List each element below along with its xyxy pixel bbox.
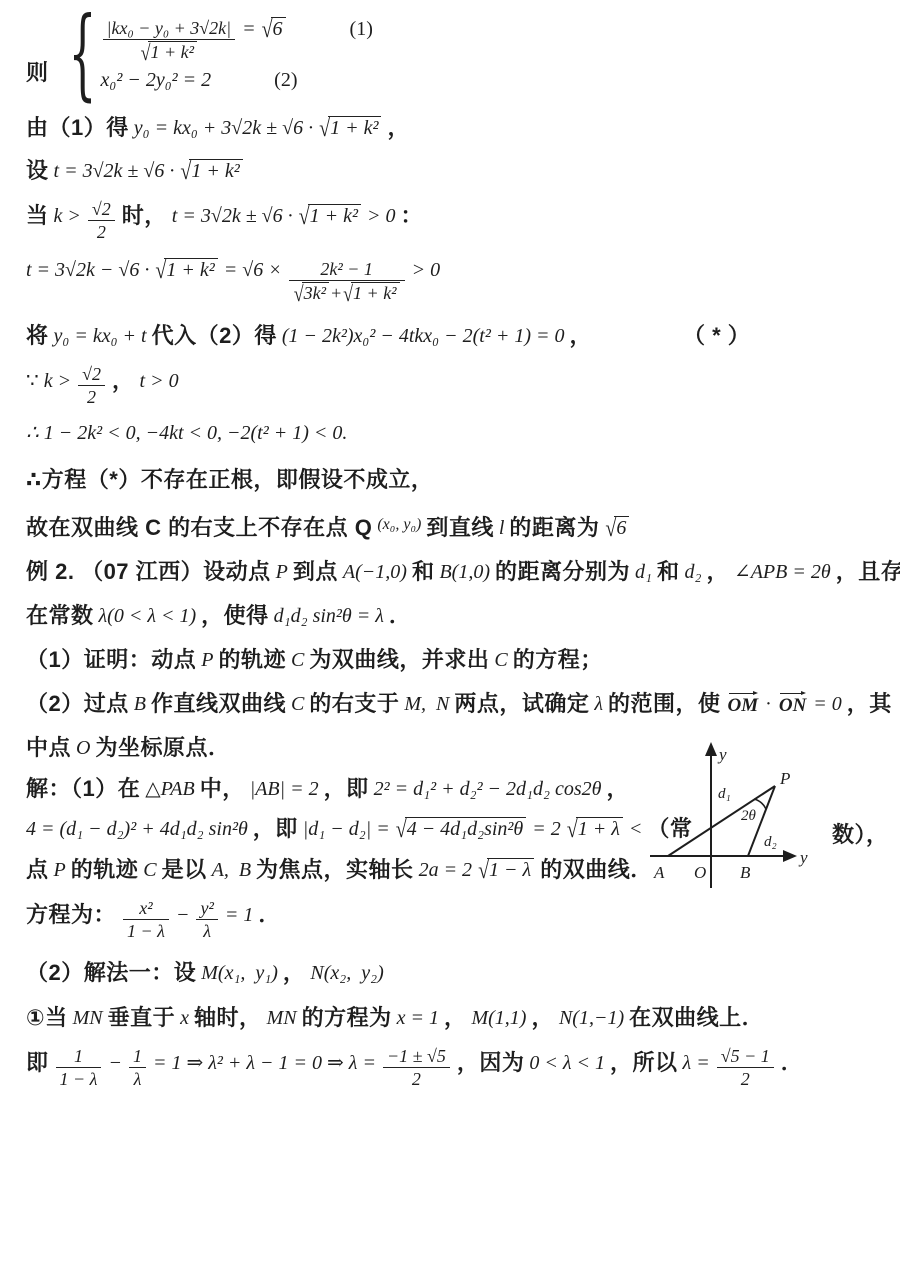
zh-text: 的右支于 [309,687,399,718]
axis-label-right: y [798,848,808,867]
zh-text: ， [283,956,306,987]
math-text: |d₁ − d₂| = [303,818,390,841]
fraction: y² λ [196,898,217,941]
label-d2: d₂ [764,834,777,850]
math-text: C [143,859,156,882]
zh-text: 为坐标原点． [95,731,230,762]
fraction: x² 1 − λ [123,898,169,941]
zh-text: 中， [200,772,245,803]
math-text: P [276,561,288,584]
math-text: = [242,18,256,41]
math-text: λ(0 < λ < 1) [99,605,197,628]
fraction: 1 λ [129,1046,146,1089]
text-line: 4 = (d₁ − d₂)² + 4d₁d₂ sin²θ ，即 |d₁ − d₂… [26,812,876,843]
zh-text: 的距离分别为 [495,555,630,586]
fraction: −1 ± √5 2 [383,1046,450,1089]
math-text: > 0 [367,205,396,228]
radical: 6 [605,516,629,540]
math-text: k > [54,205,81,228]
text-line: 由（1）得 y₀ = kx₀ + 3√2k ± √6 · 1 + k² ， [26,111,876,142]
math-text: d₂ [684,561,701,584]
example-2-heading: 例 2. （07 江西）设动点 P 到点 A(−1,0) 和 B(1,0) 的距… [26,555,876,586]
math-text: ∠APB = 2θ [734,559,831,584]
zh-text: ： [401,199,424,230]
math-text: > 0 [412,259,441,282]
zh-text: 作直线双曲线 [151,687,286,718]
system-brace: { [69,6,97,105]
zh-text: （2）解法一：设 [26,956,196,987]
math-text: l [499,517,505,540]
zh-text: ，其 [847,687,892,718]
radical: 1 + k² [319,116,381,140]
system-lead-text: 则 [26,56,49,87]
math-text: B [134,693,146,716]
zh-text: 在常数 [26,599,94,630]
text-line: ∴ 1 − 2k² < 0, −4kt < 0, −2(t² + 1) < 0. [26,421,876,446]
zh-text: ∴方程（*）不存在正根，即假设不成立， [26,463,433,494]
math-text: = √6 × [224,259,282,282]
zh-text: ， [570,319,593,350]
radical: 1 + k² [180,159,242,183]
zh-text: ，即 [253,812,298,843]
zh-text: 的范围，使 [608,687,721,718]
math-text: O [76,737,90,760]
point-label-P: P [779,769,790,788]
math-text: t > 0 [140,370,179,393]
denominator: 2 [383,1068,450,1089]
zh-text: ，因为 [457,1046,525,1077]
because-symbol: ∵ [26,368,39,393]
math-text: y₀ = kx₀ + 3√2k ± √6 · [134,117,313,140]
zh-text: ， [444,1001,467,1032]
numerator: 1 [129,1046,146,1068]
text-line: （1）证明：动点 P 的轨迹 C 为双曲线，并求出 C 的方程； [26,643,876,674]
math-text: < [629,818,643,841]
radicand: 1 + k² [328,116,381,140]
zh-text: ①当 [26,1001,68,1032]
denominator: 1 − λ [56,1068,102,1089]
zh-text: 的轨迹 [218,643,286,674]
equation-tag-2: (2) [274,69,297,92]
zh-text: ，所以 [610,1046,678,1077]
zh-text: 到直线 [426,511,494,542]
equation-system: 则 { |kx₀ − y₀ + 3√2k| 1 + k² = 6 (1) x₀²… [26,18,876,93]
radicand: 4 − 4d₁d₂sin²θ [405,817,527,841]
zh-text: 轴时， [194,1001,262,1032]
zh-text: ， [706,555,729,586]
zh-text: 由（1）得 [26,111,129,142]
fraction: |kx₀ − y₀ + 3√2k| 1 + k² [103,18,236,62]
zh-text: ． [781,1046,804,1077]
radicand: 1 + k² [351,282,400,303]
zh-text: 是以 [162,853,207,884]
zh-text: 方程为： [26,898,116,929]
numerator: x² [123,898,169,920]
label-angle-2theta: 2θ [741,808,757,824]
math-text: 2a = 2 [419,859,473,882]
numerator: √2 [78,364,105,386]
zh-text: 设 [26,154,49,185]
document-page: 则 { |kx₀ − y₀ + 3√2k| 1 + k² = 6 (1) x₀²… [0,0,900,1272]
math-text: 2² = d₁² + d₂² − 2d₁d₂ cos2θ [374,778,602,801]
text-line: 故在双曲线 C 的右支上不存在点 Q (x₀, y₀) 到直线 l 的距离为 6 [26,511,876,542]
zh-text: 时， [122,199,167,230]
numerator: |kx₀ − y₀ + 3√2k| [103,18,236,40]
math-text: C [494,649,507,672]
math-text: 0 < λ < 1 [529,1052,605,1075]
system-rows: |kx₀ − y₀ + 3√2k| 1 + k² = 6 (1) x₀² − 2… [101,18,373,93]
denominator: 2 [717,1068,774,1089]
zh-text: 到点 [293,555,338,586]
numerator: 2k² − 1 [289,259,405,281]
text-line: （2）解法一：设 M(x₁, y₁) ， N(x₂, y₂) [26,956,876,987]
radicand: 3k² [302,282,329,303]
math-text: + [330,283,342,303]
zh-text: 当 [26,199,49,230]
point-label-O: O [694,863,706,882]
zh-text: ， [112,364,135,395]
math-text: = 0 [813,693,842,716]
point-label-A: A [653,863,665,882]
text-line: 即 1 1 − λ − 1 λ = 1 ⇒ λ² + λ − 1 = 0 ⇒ λ… [26,1046,876,1089]
figure-triangle-diagram: y y A O B P d₁ 2θ d₂ [644,740,896,908]
denominator: 2 [88,221,115,242]
zh-text: 将 [26,319,49,350]
fraction: 1 1 − λ [56,1046,102,1089]
zh-text: 的距离为 [509,511,599,542]
math-text: λ [594,693,603,716]
star-tag: （ * ） [683,319,750,350]
math-text: MN [267,1007,297,1030]
math-text: t = 3√2k − √6 · [26,259,149,282]
numerator: −1 ± √5 [383,1046,450,1068]
vector-ON: ON [779,695,806,717]
math-text: − [176,904,190,927]
system-equation-1: |kx₀ − y₀ + 3√2k| 1 + k² = 6 (1) [101,18,373,62]
zh-text: 在双曲线上． [629,1001,764,1032]
radical: 3k² [294,282,329,303]
fraction: 2k² − 1 3k²+1 + k² [289,259,405,303]
math-text: x₀² − 2y₀² = 2 [101,69,212,92]
zh-text: （1）证明：动点 [26,643,196,674]
math-text: λ = [683,1052,710,1075]
text-line: ∵ k > √2 2 ， t > 0 [26,364,876,407]
text-line: ∴方程（*）不存在正根，即假设不成立， [26,463,876,494]
text-line: （2）过点 B 作直线双曲线 C 的右支于 M, N 两点，试确定 λ 的范围，… [26,687,876,718]
math-text: x [180,1007,189,1030]
text-line: 将 y₀ = kx₀ + t 代入（2）得 (1 − 2k²)x₀² − 4tk… [26,319,876,350]
zh-text: 的方程； [513,643,603,674]
math-text: t = 3√2k ± √6 · [54,160,175,183]
zh-text: 的双曲线． [540,853,653,884]
zh-text: 故在双曲线 C 的右支上不存在点 Q [26,511,372,542]
triangle-diagram-svg: y y A O B P d₁ 2θ d₂ [644,740,896,908]
fraction: √2 2 [88,199,115,242]
math-text: x = 1 [397,1007,439,1030]
radicand: 1 + k² [308,204,361,228]
text-line: 设 t = 3√2k ± √6 · 1 + k² [26,154,876,185]
radicand: 1 + k² [164,258,217,282]
denominator: 1 − λ [123,920,169,941]
math-text: N(x₂, y₂) [310,962,383,985]
math-text: (x₀, y₀) [377,516,421,534]
zh-text: 垂直于 [108,1001,176,1032]
radical: 4 − 4d₁d₂sin²θ [396,817,527,841]
math-text: t = 3√2k ± √6 · [172,205,293,228]
math-text: d₁d₂ sin²θ = λ [274,605,384,628]
zh-text: 中点 [26,731,71,762]
zh-text: 和 [412,555,435,586]
math-text: y₀ = kx₀ + t [54,325,147,348]
math-text: C [291,693,304,716]
math-text: MN [73,1007,103,1030]
text-line: 在常数 λ(0 < λ < 1) ，使得 d₁d₂ sin²θ = λ ． [26,599,876,630]
radicand: 6 [614,516,629,540]
radical: 1 + k² [155,258,217,282]
math-text: 4 = (d₁ − d₂)² + 4d₁d₂ sin²θ [26,818,248,841]
math-text: − [108,1052,122,1075]
zh-text: 为焦点，实轴长 [256,853,414,884]
math-text: d₁ [635,561,652,584]
system-equation-2: x₀² − 2y₀² = 2 (2) [101,70,373,93]
label-d1: d₁ [718,786,731,802]
zh-text: 即 [26,1046,49,1077]
math-text: P [201,649,213,672]
math-text: ∴ 1 − 2k² < 0, −4kt < 0, −2(t² + 1) < 0. [26,420,347,445]
zh-text: ， [606,772,629,803]
math-text: P [54,859,66,882]
zh-text: 的方程为 [302,1001,392,1032]
numerator: √5 − 1 [717,1046,774,1068]
math-text: A, B [212,859,251,882]
radical: 1 + k² [299,204,361,228]
zh-text: 代入（2）得 [152,319,277,350]
text-line: t = 3√2k − √6 · 1 + k² = √6 × 2k² − 1 3k… [26,259,876,303]
radical: 1 + λ [567,817,623,841]
vector-OM: OM [728,695,759,717]
numerator: √2 [88,199,115,221]
math-text: C [291,649,304,672]
zh-text: ． [389,599,412,630]
math-text: M(1,1) [471,1007,526,1030]
math-text: △PAB [145,776,194,801]
math-text: B(1,0) [439,561,490,584]
math-text: k > [44,370,71,393]
zh-text: 的轨迹 [71,853,139,884]
denominator: λ [129,1068,146,1089]
zh-text: 点 [26,853,49,884]
equation-tag-1: (1) [350,18,373,41]
radical: 6 [262,17,286,41]
zh-text: ，且存 [836,555,900,586]
text-line: ①当 MN 垂直于 x 轴时， MN 的方程为 x = 1 ， M(1,1) ，… [26,1001,876,1032]
denominator: 2 [78,386,105,407]
math-text: = 1 [225,904,254,927]
dot-operator: · [765,693,772,716]
zh-text: 两点，试确定 [454,687,589,718]
x-axis-arrowhead [783,850,797,862]
math-text: M(x₁, y₁) [201,962,278,985]
fraction: √2 2 [78,364,105,407]
radicand: 6 [271,17,286,41]
numerator: y² [196,898,217,920]
zh-text: ， [387,111,410,142]
radicand: 1 + λ [576,817,623,841]
math-text: N(1,−1) [559,1007,624,1030]
math-text: A(−1,0) [343,561,407,584]
math-text: |AB| = 2 [250,778,319,801]
zh-text: 例 2. （07 江西）设动点 [26,555,271,586]
math-text: = 2 [532,818,561,841]
denominator: 1 + k² [103,40,236,62]
radicand: 1 − λ [487,858,534,882]
denominator: λ [196,920,217,941]
fraction: √5 − 1 2 [717,1046,774,1089]
text-line: 当 k > √2 2 时， t = 3√2k ± √6 · 1 + k² > 0… [26,199,876,242]
zh-text: ，即 [324,772,369,803]
math-text: (1 − 2k²)x₀² − 4tkx₀ − 2(t² + 1) = 0 [282,325,565,348]
axis-label-y-top: y [717,745,727,764]
radical: 1 + k² [141,41,197,62]
zh-text: （2）过点 [26,687,129,718]
zh-text: ． [258,898,281,929]
zh-text: ，使得 [201,599,269,630]
y-axis-arrowhead [705,742,717,756]
math-text: M, N [404,693,449,716]
zh-text: ， [531,1001,554,1032]
denominator: 3k²+1 + k² [289,281,405,303]
zh-text: 为双曲线，并求出 [309,643,489,674]
radical: 1 + k² [343,282,399,303]
zh-text: 和 [657,555,680,586]
zh-text: 解：（1）在 [26,772,140,803]
numerator: 1 [56,1046,102,1068]
math-text: = 1 ⇒ λ² + λ − 1 = 0 ⇒ λ = [153,1050,376,1075]
point-label-B: B [740,863,751,882]
radicand: 1 + k² [189,159,242,183]
radicand: 1 + k² [148,41,197,62]
radical: 1 − λ [478,858,534,882]
